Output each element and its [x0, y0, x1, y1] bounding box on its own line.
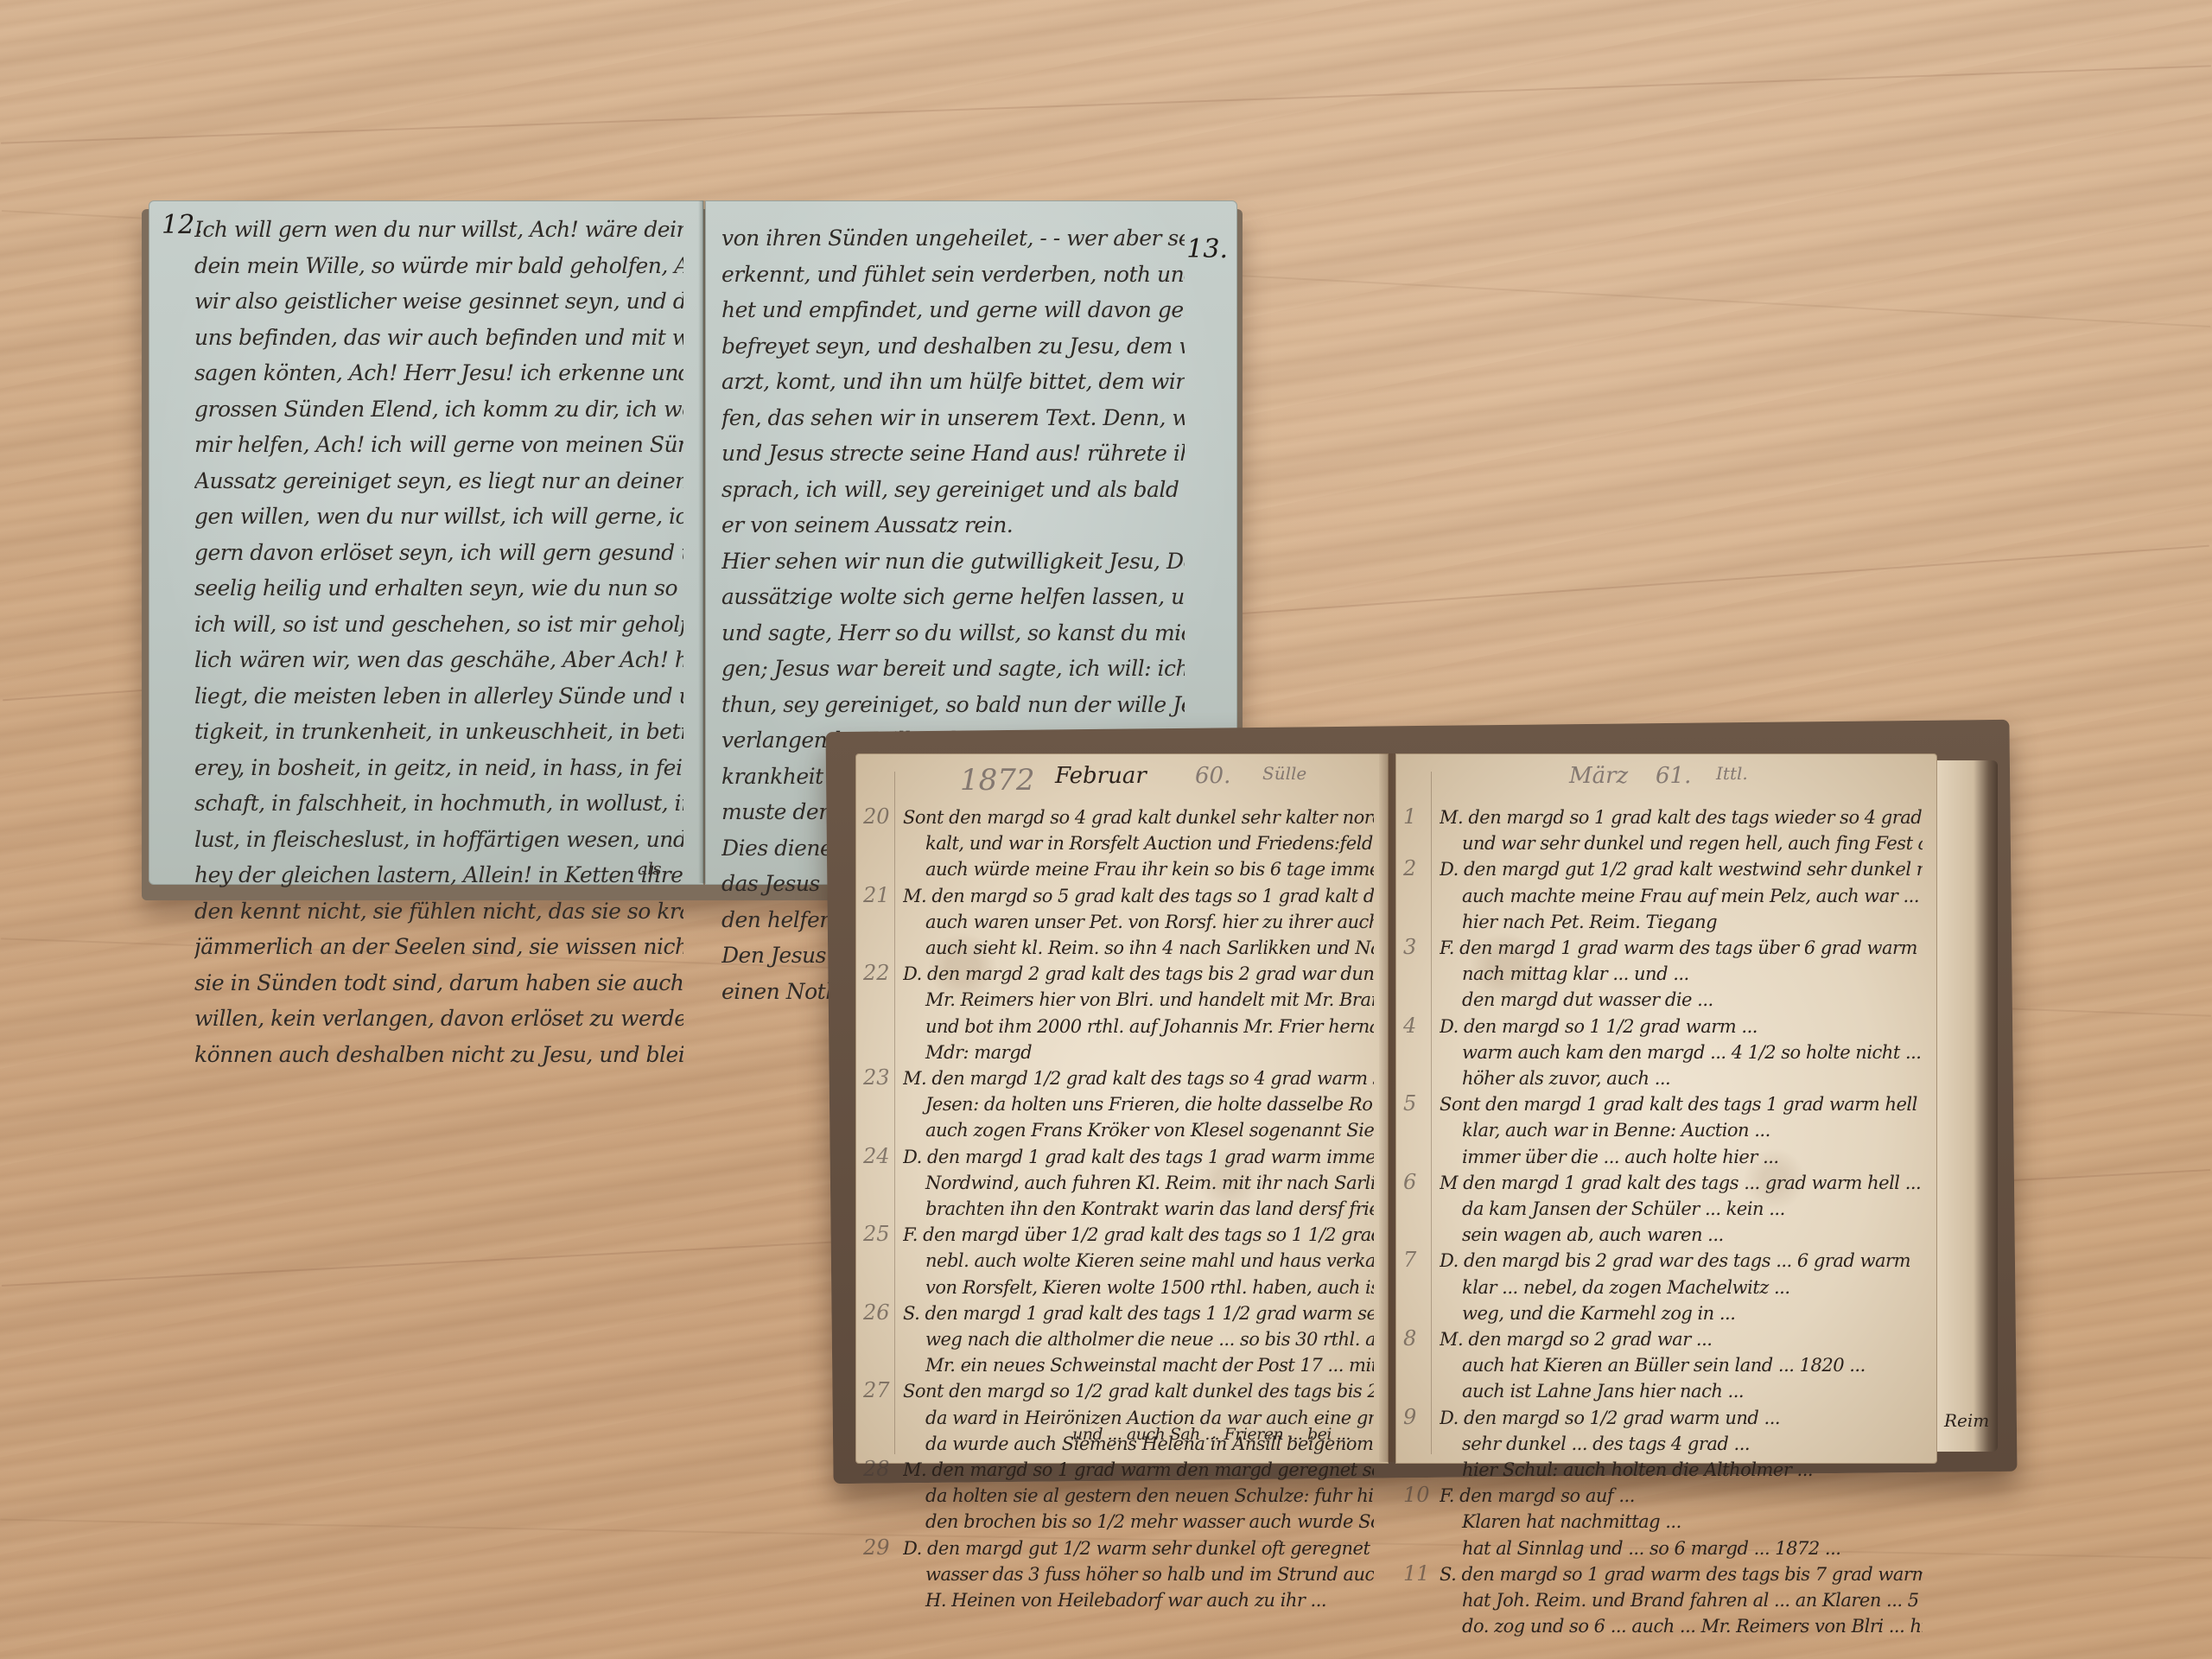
handwritten-line: befreyet seyn, und deshalben zu Jesu, de…: [721, 328, 1185, 365]
day-number: 9: [1403, 1405, 1416, 1429]
header-month: Februar: [1055, 763, 1147, 789]
day-number: 6: [1403, 1170, 1416, 1194]
diary-line: D. den margd gut 1/2 grad kalt westwind …: [1440, 856, 1923, 882]
diary-line: auch machte meine Frau auf mein Pelz, au…: [1440, 883, 1923, 909]
diary-line: hier nach Pet. Reim. Tiegang: [1440, 909, 1923, 935]
manuscript-book-diary-1872: Reim 1872 Februar 60. Sülle Sont den mar…: [829, 726, 2013, 1478]
diary-line: D. den margd bis 2 grad war des tags ...…: [1440, 1248, 1923, 1274]
diary-line: nach mittag klar ... und ...: [1440, 961, 1923, 987]
diary-line: auch sieht kl. Reim. so ihn 4 nach Sarli…: [903, 935, 1374, 961]
diary-line: den brochen bis so 1/2 mehr wasser auch …: [903, 1509, 1374, 1535]
day-number: 5: [1403, 1091, 1416, 1116]
day-number: 22: [863, 961, 890, 985]
handwritten-line: den kennt nicht, sie fühlen nicht, das s…: [194, 893, 683, 930]
handwritten-line: tigkeit, in trunkenheit, in unkeuschheit…: [194, 714, 683, 750]
handwritten-line: aussätzige wolte sich gerne helfen lasse…: [721, 579, 1185, 615]
diary-line: Mr. ein neues Schweinstal macht der Post…: [903, 1352, 1374, 1378]
header-page-number: 60.: [1195, 763, 1230, 789]
diary-line: und bot ihm 2000 rthl. auf Johannis Mr. …: [903, 1014, 1374, 1039]
diary-line: wasser das 3 fuss höher so halb und im S…: [903, 1561, 1374, 1587]
diary-line: sein wagen ab, auch waren ...: [1440, 1222, 1923, 1248]
day-number: 7: [1403, 1248, 1416, 1272]
diary-line: Jesen: da holten uns Frieren, die holte …: [903, 1091, 1374, 1117]
diary-line: M. den margd so 1 grad kalt des tags wie…: [1440, 804, 1923, 830]
day-number: 26: [863, 1300, 890, 1325]
diary-line: da kam Jansen der Schüler ... kein ...: [1440, 1196, 1923, 1222]
diary-line: Mdr: margd: [903, 1039, 1374, 1065]
diary-line: immer über die ... auch holte hier ...: [1440, 1144, 1923, 1170]
day-number: 20: [863, 804, 890, 829]
book2-left-page: 1872 Februar 60. Sülle Sont den margd so…: [855, 753, 1389, 1464]
diary-line: Sont den margd 1 grad kalt des tags 1 gr…: [1440, 1091, 1923, 1117]
handwritten-line: er von seinem Aussatz rein.: [721, 507, 1185, 543]
handwritten-line: grossen Sünden Elend, ich komm zu dir, i…: [194, 391, 683, 428]
handwritten-line: und sagte, Herr so du willst, so kanst d…: [721, 615, 1185, 652]
diary-entries: Sont den margd so 4 grad kalt dunkel seh…: [903, 804, 1374, 1613]
handwritten-line: jämmerlich an der Seelen sind, sie wisse…: [194, 929, 683, 965]
catchword: als: [638, 851, 661, 887]
handwritten-line: gen willen, wen du nur willst, ich will …: [194, 499, 683, 535]
diary-line: Mr. Reimers hier von Blri. und handelt m…: [903, 987, 1374, 1013]
diary-line: D. den margd gut 1/2 warm sehr dunkel of…: [903, 1535, 1374, 1561]
diary-line: Nordwind, auch fuhren Kl. Reim. mit ihr …: [903, 1170, 1374, 1196]
handwritten-line: schaft, in falschheit, in hochmuth, in w…: [194, 785, 683, 822]
handwritten-line: Ich will gern wen du nur willst, Ach! wä…: [194, 212, 683, 248]
day-number: 29: [863, 1535, 890, 1560]
diary-line: sehr dunkel ... des tags 4 grad ...: [1440, 1431, 1923, 1457]
handwritten-line: liegt, die meisten leben in allerley Sün…: [194, 678, 683, 715]
diary-line: nebl. auch wolte Kieren seine mahl und h…: [903, 1248, 1374, 1274]
diary-line: M. den margd so 2 grad war ...: [1440, 1326, 1923, 1352]
diary-line: F. den margd über 1/2 grad kalt des tags…: [903, 1222, 1374, 1248]
day-number: 10: [1403, 1483, 1430, 1507]
diary-line: Klaren hat nachmittag ...: [1440, 1509, 1923, 1535]
diary-line: weg nach die altholmer die neue ... so b…: [903, 1326, 1374, 1352]
handwritten-line: von ihren Sünden ungeheilet, - - wer abe…: [721, 220, 1185, 257]
day-number: 21: [863, 883, 890, 907]
handwritten-line: het und empfindet, und gerne will davon …: [721, 292, 1185, 328]
diary-line: M. den margd 1/2 grad kalt des tags so 4…: [903, 1065, 1374, 1091]
header-page-number: 61.: [1656, 763, 1691, 789]
day-number: 28: [863, 1457, 890, 1481]
header-year: 1872: [960, 763, 1035, 798]
handwritten-line: arzt, komt, und ihn um hülfe bittet, dem…: [721, 364, 1185, 400]
diary-line: M den margd 1 grad kalt des tags ... gra…: [1440, 1170, 1923, 1196]
diary-line: weg, und die Karmehl zog in ...: [1440, 1300, 1923, 1326]
diary-line: auch ist Lahne Jans hier nach ...: [1440, 1378, 1923, 1404]
day-number: 4: [1403, 1014, 1416, 1038]
day-number: 24: [863, 1144, 890, 1168]
diary-line: H. Heinen von Heilebadorf war auch zu ih…: [903, 1587, 1374, 1613]
diary-line: F. den margd so auf ...: [1440, 1483, 1923, 1509]
day-number: 27: [863, 1378, 890, 1402]
diary-line: von Rorsfelt, Kieren wolte 1500 rthl. ha…: [903, 1274, 1374, 1300]
handwritten-line: gen; Jesus war bereit und sagte, ich wil…: [721, 651, 1185, 687]
handwritten-line: uns befinden, das wir auch befinden und …: [194, 320, 683, 356]
edge-note: Reim: [1944, 1410, 1989, 1431]
handwritten-line: lust, in fleischeslust, in hoffärtigen w…: [194, 822, 683, 858]
diary-line: klar ... nebel, da zogen Machelwitz ...: [1440, 1274, 1923, 1300]
header-note: Ittl.: [1716, 763, 1748, 784]
book2-page-edges: Reim: [1937, 760, 1998, 1452]
diary-line: und war sehr dunkel und regen hell, auch…: [1440, 830, 1923, 856]
handwritten-line: sagen könten, Ach! Herr Jesu! ich erkenn…: [194, 355, 683, 391]
diary-line: auch waren unser Pet. von Rorsf. hier zu…: [903, 909, 1374, 935]
diary-line: Sont den margd so 1/2 grad kalt dunkel d…: [903, 1378, 1374, 1404]
day-number: 1: [1403, 804, 1416, 829]
day-number: 2: [1403, 856, 1416, 880]
header-month: März: [1569, 763, 1628, 789]
day-number: 25: [863, 1222, 890, 1246]
diary-line: höher als zuvor, auch ...: [1440, 1065, 1923, 1091]
handwritten-line: sprach, ich will, sey gereiniget und als…: [721, 472, 1185, 508]
handwritten-line: seelig heilig und erhalten seyn, wie du …: [194, 570, 683, 607]
day-number: 8: [1403, 1326, 1416, 1351]
diary-line: D. den margd so 1 1/2 grad warm ...: [1440, 1014, 1923, 1039]
diary-line: S. den margd 1 grad kalt des tags 1 1/2 …: [903, 1300, 1374, 1326]
diary-line: D. den margd 2 grad kalt des tags bis 2 …: [903, 961, 1374, 987]
handwritten-line: sie in Sünden todt sind, darum haben sie…: [194, 965, 683, 1001]
diary-entries: M. den margd so 1 grad kalt des tags wie…: [1440, 804, 1923, 1640]
handwritten-line: thun, sey gereiniget, so bald nun der wi…: [721, 687, 1185, 723]
handwritten-line: Hier sehen wir nun die gutwilligkeit Jes…: [721, 543, 1185, 580]
handwritten-line: können auch deshalben nicht zu Jesu, und…: [194, 1037, 683, 1073]
diary-line: hat al Sinnlag und ... so 6 margd ... 18…: [1440, 1535, 1923, 1561]
handwritten-line: wir also geistlicher weise gesinnet seyn…: [194, 283, 683, 320]
handwritten-line: Aussatz gereiniget seyn, es liegt nur an…: [194, 463, 683, 499]
handwritten-line: gern davon erlöset seyn, ich will gern g…: [194, 535, 683, 571]
diary-line: da holten sie al gestern den neuen Schul…: [903, 1483, 1374, 1509]
handwritten-line: mir helfen, Ach! ich will gerne von mein…: [194, 427, 683, 463]
bottom-note: und ... auch Sah ... Frieren ... bei ...: [1072, 1421, 1351, 1447]
diary-line: auch würde meine Frau ihr kein so bis 6 …: [903, 856, 1374, 882]
handwritten-text-block: Ich will gern wen du nur willst, Ach! wä…: [194, 212, 683, 1072]
margin-rule: [1431, 772, 1432, 1454]
header-note: Sülle: [1262, 763, 1306, 784]
day-number: 11: [1403, 1561, 1430, 1586]
day-number: 23: [863, 1065, 890, 1090]
handwritten-line: erkennt, und fühlet sein verderben, noth…: [721, 257, 1185, 293]
diary-line: hier Schul: auch holten die Altholmer ..…: [1440, 1457, 1923, 1483]
handwritten-line: lich wären wir, wen das geschähe, Aber A…: [194, 642, 683, 678]
diary-line: F. den margd 1 grad warm des tags über 6…: [1440, 935, 1923, 961]
handwritten-line: und Jesus strecte seine Hand aus! rühret…: [721, 435, 1185, 472]
diary-line: M. den margd so 1 grad warm den margd ge…: [903, 1457, 1374, 1483]
diary-line: brachten ihn den Kontrakt warin das land…: [903, 1196, 1374, 1222]
handwritten-line: ich will, so ist und geschehen, so ist m…: [194, 607, 683, 643]
diary-line: kalt, und war in Rorsfelt Auction und Fr…: [903, 830, 1374, 856]
diary-line: hat Joh. Reim. und Brand fahren al ... a…: [1440, 1587, 1923, 1613]
diary-line: D. den margd 1 grad kalt des tags 1 grad…: [903, 1144, 1374, 1170]
diary-line: M. den margd so 5 grad kalt des tags so …: [903, 883, 1374, 909]
handwritten-line: erey, in bosheit, in geitz, in neid, in …: [194, 750, 683, 786]
diary-line: auch hat Kieren an Büller sein land ... …: [1440, 1352, 1923, 1378]
diary-line: warm auch kam den margd ... 4 1/2 so hol…: [1440, 1039, 1923, 1065]
diary-line: klar, auch war in Benne: Auction ...: [1440, 1117, 1923, 1143]
diary-line: den margd dut wasser die ...: [1440, 987, 1923, 1013]
day-number: 3: [1403, 935, 1416, 959]
page-number: 13.: [1186, 234, 1228, 264]
book2-right-page: März 61. Ittl. M. den margd so 1 grad ka…: [1395, 753, 1937, 1464]
diary-line: D. den margd so 1/2 grad warm und ...: [1440, 1405, 1923, 1431]
diary-line: S. den margd so 1 grad warm des tags bis…: [1440, 1561, 1923, 1587]
book1-left-page: 12. Ich will gern wen du nur willst, Ach…: [149, 200, 703, 885]
diary-line: auch zogen Frans Kröker von Klesel sogen…: [903, 1117, 1374, 1143]
handwritten-line: hey der gleichen lastern, Allein! in Ket…: [194, 857, 683, 893]
handwritten-line: dein mein Wille, so würde mir bald gehol…: [194, 248, 683, 284]
margin-rule: [894, 772, 895, 1454]
diary-line: Sont den margd so 4 grad kalt dunkel seh…: [903, 804, 1374, 830]
handwritten-line: fen, das sehen wir in unserem Text. Denn…: [721, 400, 1185, 436]
diary-line: do. zog und so 6 ... auch ... Mr. Reimer…: [1440, 1613, 1923, 1639]
handwritten-line: willen, kein verlangen, davon erlöset zu…: [194, 1001, 683, 1037]
